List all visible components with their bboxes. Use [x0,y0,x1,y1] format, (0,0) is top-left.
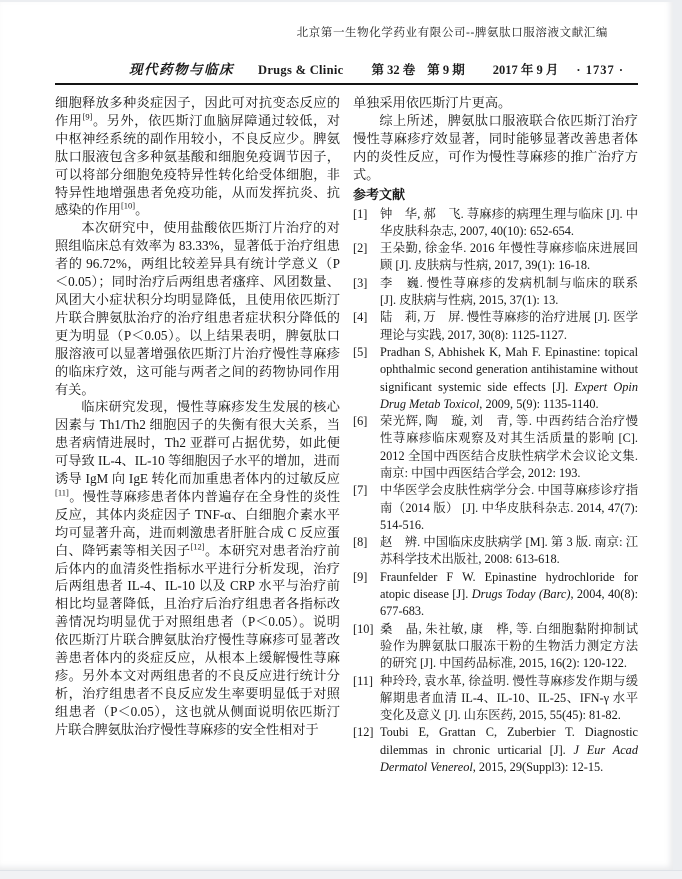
citation-superscript: [10] [121,201,135,211]
journal-header: 现代药物与临床 Drugs & Clinic 第 32 卷 第 9 期 2017… [55,58,638,78]
reference-item: [7]中华医学会皮肤性病学分会. 中国荨麻疹诊疗指南（2014 版） [J]. … [353,482,638,534]
text-segment: 。另外，依匹斯汀血脑屏障通过较低，对中枢神经系统的副作用较小，不良反应少。脾氨肽… [55,113,340,218]
reference-text: 赵 辨. 中国临床皮肤病学 [M]. 第 3 版. 南京: 江苏科学技术出版社,… [380,534,638,569]
reference-item: [1]钟 华, 郝 飞. 荨麻疹的病理生理与临床 [J]. 中华皮肤科杂志, 2… [353,206,638,241]
text-segment: 荣光辉, 陶 璇, 刘 青, 等. 中西药结合治疗慢性荨麻疹临床观察及对其生活质… [380,414,638,480]
reference-text: 王朵勤, 徐金华. 2016 年慢性荨麻疹临床进展回顾 [J]. 皮肤病与性病,… [380,240,638,275]
reference-number: [4] [353,309,380,344]
journal-issue: 第 9 期 [427,60,465,78]
right-column: 单独采用依匹斯汀片更高。综上所述，脾氨肽口服液联合依匹斯汀治疗慢性荨麻疹疗效显著… [353,94,638,776]
reference-number: [12] [353,724,380,776]
text-segment: 综上所述，脾氨肽口服液联合依匹斯汀治疗慢性荨麻疹疗效显著，同时能够显著改善患者体… [353,113,638,182]
text-segment: 桑 晶, 朱社敏, 康 桦, 等. 白细胞黏附抑制试验作为脾氨肽口服冻干粉的生物… [380,622,638,671]
reference-item: [10]桑 晶, 朱社敏, 康 桦, 等. 白细胞黏附抑制试验作为脾氨肽口服冻干… [353,621,638,673]
article-columns: 细胞释放多种炎症因子，因此可对抗变态反应的作用[9]。另外，依匹斯汀血脑屏障通过… [55,94,638,776]
body-paragraph: 单独采用依匹斯汀片更高。 [353,94,638,112]
reference-number: [1] [353,206,380,241]
reference-number: [3] [353,275,380,310]
reference-text: 种玲玲, 袁水革, 徐益明. 慢性荨麻疹发作期与缓解期患者血清 IL-4、IL-… [380,673,638,725]
citation-superscript: [9] [83,112,93,122]
text-segment: 李 巍. 慢性荨麻疹的发病机制与临床的联系 [J]. 皮肤病与性病, 2015,… [380,276,638,307]
viewport-background: { "header": { "compilation_note": "北京第一生… [0,0,682,879]
text-segment: 。 [135,202,148,217]
right-paragraphs: 单独采用依匹斯汀片更高。综上所述，脾氨肽口服液联合依匹斯汀治疗慢性荨麻疹疗效显著… [353,94,638,184]
reference-number: [5] [353,344,380,413]
reference-item: [11]种玲玲, 袁水革, 徐益明. 慢性荨麻疹发作期与缓解期患者血清 IL-4… [353,673,638,725]
reference-number: [2] [353,240,380,275]
journal-volume: 第 32 卷 [371,60,415,78]
text-segment: 种玲玲, 袁水革, 徐益明. 慢性荨麻疹发作期与缓解期患者血清 IL-4、IL-… [380,674,638,723]
reference-item: [4]陆 莉, 万 屏. 慢性荨麻疹的治疗进展 [J]. 医学理论与实践, 20… [353,309,638,344]
reference-text: 陆 莉, 万 屏. 慢性荨麻疹的治疗进展 [J]. 医学理论与实践, 2017,… [380,309,638,344]
reference-text: 李 巍. 慢性荨麻疹的发病机制与临床的联系 [J]. 皮肤病与性病, 2015,… [380,275,638,310]
references-heading: 参考文献 [353,185,638,204]
reference-item: [12]Toubi E, Grattan C, Zuberbier T. Dia… [353,724,638,776]
journal-title-cn: 现代药物与临床 [129,58,234,78]
reference-number: [7] [353,482,380,534]
references-list: [1]钟 华, 郝 飞. 荨麻疹的病理生理与临床 [J]. 中华皮肤科杂志, 2… [353,206,638,777]
reference-number: [10] [353,621,380,673]
page-bottom-edge [0,870,682,879]
page-content: 北京第一生物化学药业有限公司--脾氨肽口服溶液文献汇编 现代药物与临床 Drug… [55,26,638,776]
reference-text: 钟 华, 郝 飞. 荨麻疹的病理生理与临床 [J]. 中华皮肤科杂志, 2007… [380,206,638,241]
body-paragraph: 细胞释放多种炎症因子，因此可对抗变态反应的作用[9]。另外，依匹斯汀血脑屏障通过… [55,94,340,219]
citation-superscript: [12] [190,541,204,551]
body-paragraph: 本次研究中，使用盐酸依匹斯汀片治疗的对照组临床总有效率为 83.33%，显著低于… [55,219,340,398]
body-paragraph: 综上所述，脾氨肽口服液联合依匹斯汀治疗慢性荨麻疹疗效显著，同时能够显著改善患者体… [353,112,638,184]
reference-number: [8] [353,534,380,569]
text-segment: 中华医学会皮肤性病学分会. 中国荨麻疹诊疗指南（2014 版） [J]. 中华皮… [380,483,638,532]
reference-item: [9]Fraunfelder F W. Epinastine hydrochlo… [353,569,638,621]
reference-item: [3]李 巍. 慢性荨麻疹的发病机制与临床的联系 [J]. 皮肤病与性病, 20… [353,275,638,310]
text-segment: 王朵勤, 徐金华. 2016 年慢性荨麻疹临床进展回顾 [J]. 皮肤病与性病,… [380,241,638,272]
text-segment: 陆 莉, 万 屏. 慢性荨麻疹的治疗进展 [J]. 医学理论与实践, 2017,… [380,310,638,341]
left-column: 细胞释放多种炎症因子，因此可对抗变态反应的作用[9]。另外，依匹斯汀血脑屏障通过… [55,94,340,776]
compilation-note: 北京第一生物化学药业有限公司--脾氨肽口服溶液文献汇编 [55,26,638,41]
text-segment: 钟 华, 郝 飞. 荨麻疹的病理生理与临床 [J]. 中华皮肤科杂志, 2007… [380,207,638,238]
reference-text: Fraunfelder F W. Epinastine hydrochlorid… [380,569,638,621]
text-segment: 。本研究对患者治疗前后体内的血清炎性指标水平进行分析发现，治疗后两组患者 IL-… [55,543,340,737]
reference-item: [2]王朵勤, 徐金华. 2016 年慢性荨麻疹临床进展回顾 [J]. 皮肤病与… [353,240,638,275]
reference-item: [5]Pradhan S, Abhishek K, Mah F. Epinast… [353,344,638,413]
reference-text: Toubi E, Grattan C, Zuberbier T. Diagnos… [380,724,638,776]
citation-superscript: [11] [55,488,69,498]
reference-text: 中华医学会皮肤性病学分会. 中国荨麻疹诊疗指南（2014 版） [J]. 中华皮… [380,482,638,534]
reference-number: [9] [353,569,380,621]
text-segment: , 2015, 29(Suppl3): 12-15. [473,760,603,774]
page-number: · 1737 · [576,63,624,78]
journal-date: 2017 年 9 月 [493,60,559,78]
text-segment: , 2009, 5(9): 1135-1140. [479,397,598,411]
text-segment: 赵 辨. 中国临床皮肤病学 [M]. 第 3 版. 南京: 江苏科学技术出版社,… [380,535,638,566]
reference-item: [8]赵 辨. 中国临床皮肤病学 [M]. 第 3 版. 南京: 江苏科学技术出… [353,534,638,569]
document-page: 北京第一生物化学药业有限公司--脾氨肽口服溶液文献汇编 现代药物与临床 Drug… [0,2,673,870]
text-segment: Drugs Today (Barc) [472,587,571,601]
text-segment: 临床研究发现，慢性荨麻疹发生发展的核心因素与 Th1/Th2 细胞因子的失衡有很… [55,399,340,486]
reference-number: [6] [353,413,380,482]
header-divider [55,83,638,85]
reference-number: [11] [353,673,380,725]
journal-title-en: Drugs & Clinic [258,63,343,78]
body-paragraph: 临床研究发现，慢性荨麻疹发生发展的核心因素与 Th1/Th2 细胞因子的失衡有很… [55,398,340,738]
reference-item: [6]荣光辉, 陶 璇, 刘 青, 等. 中西药结合治疗慢性荨麻疹临床观察及对其… [353,413,638,482]
text-segment: 单独采用依匹斯汀片更高。 [353,95,511,110]
reference-text: Pradhan S, Abhishek K, Mah F. Epinastine… [380,344,638,413]
reference-text: 桑 晶, 朱社敏, 康 桦, 等. 白细胞黏附抑制试验作为脾氨肽口服冻干粉的生物… [380,621,638,673]
text-segment: 本次研究中，使用盐酸依匹斯汀片治疗的对照组临床总有效率为 83.33%，显著低于… [55,220,340,396]
reference-text: 荣光辉, 陶 璇, 刘 青, 等. 中西药结合治疗慢性荨麻疹临床观察及对其生活质… [380,413,638,482]
